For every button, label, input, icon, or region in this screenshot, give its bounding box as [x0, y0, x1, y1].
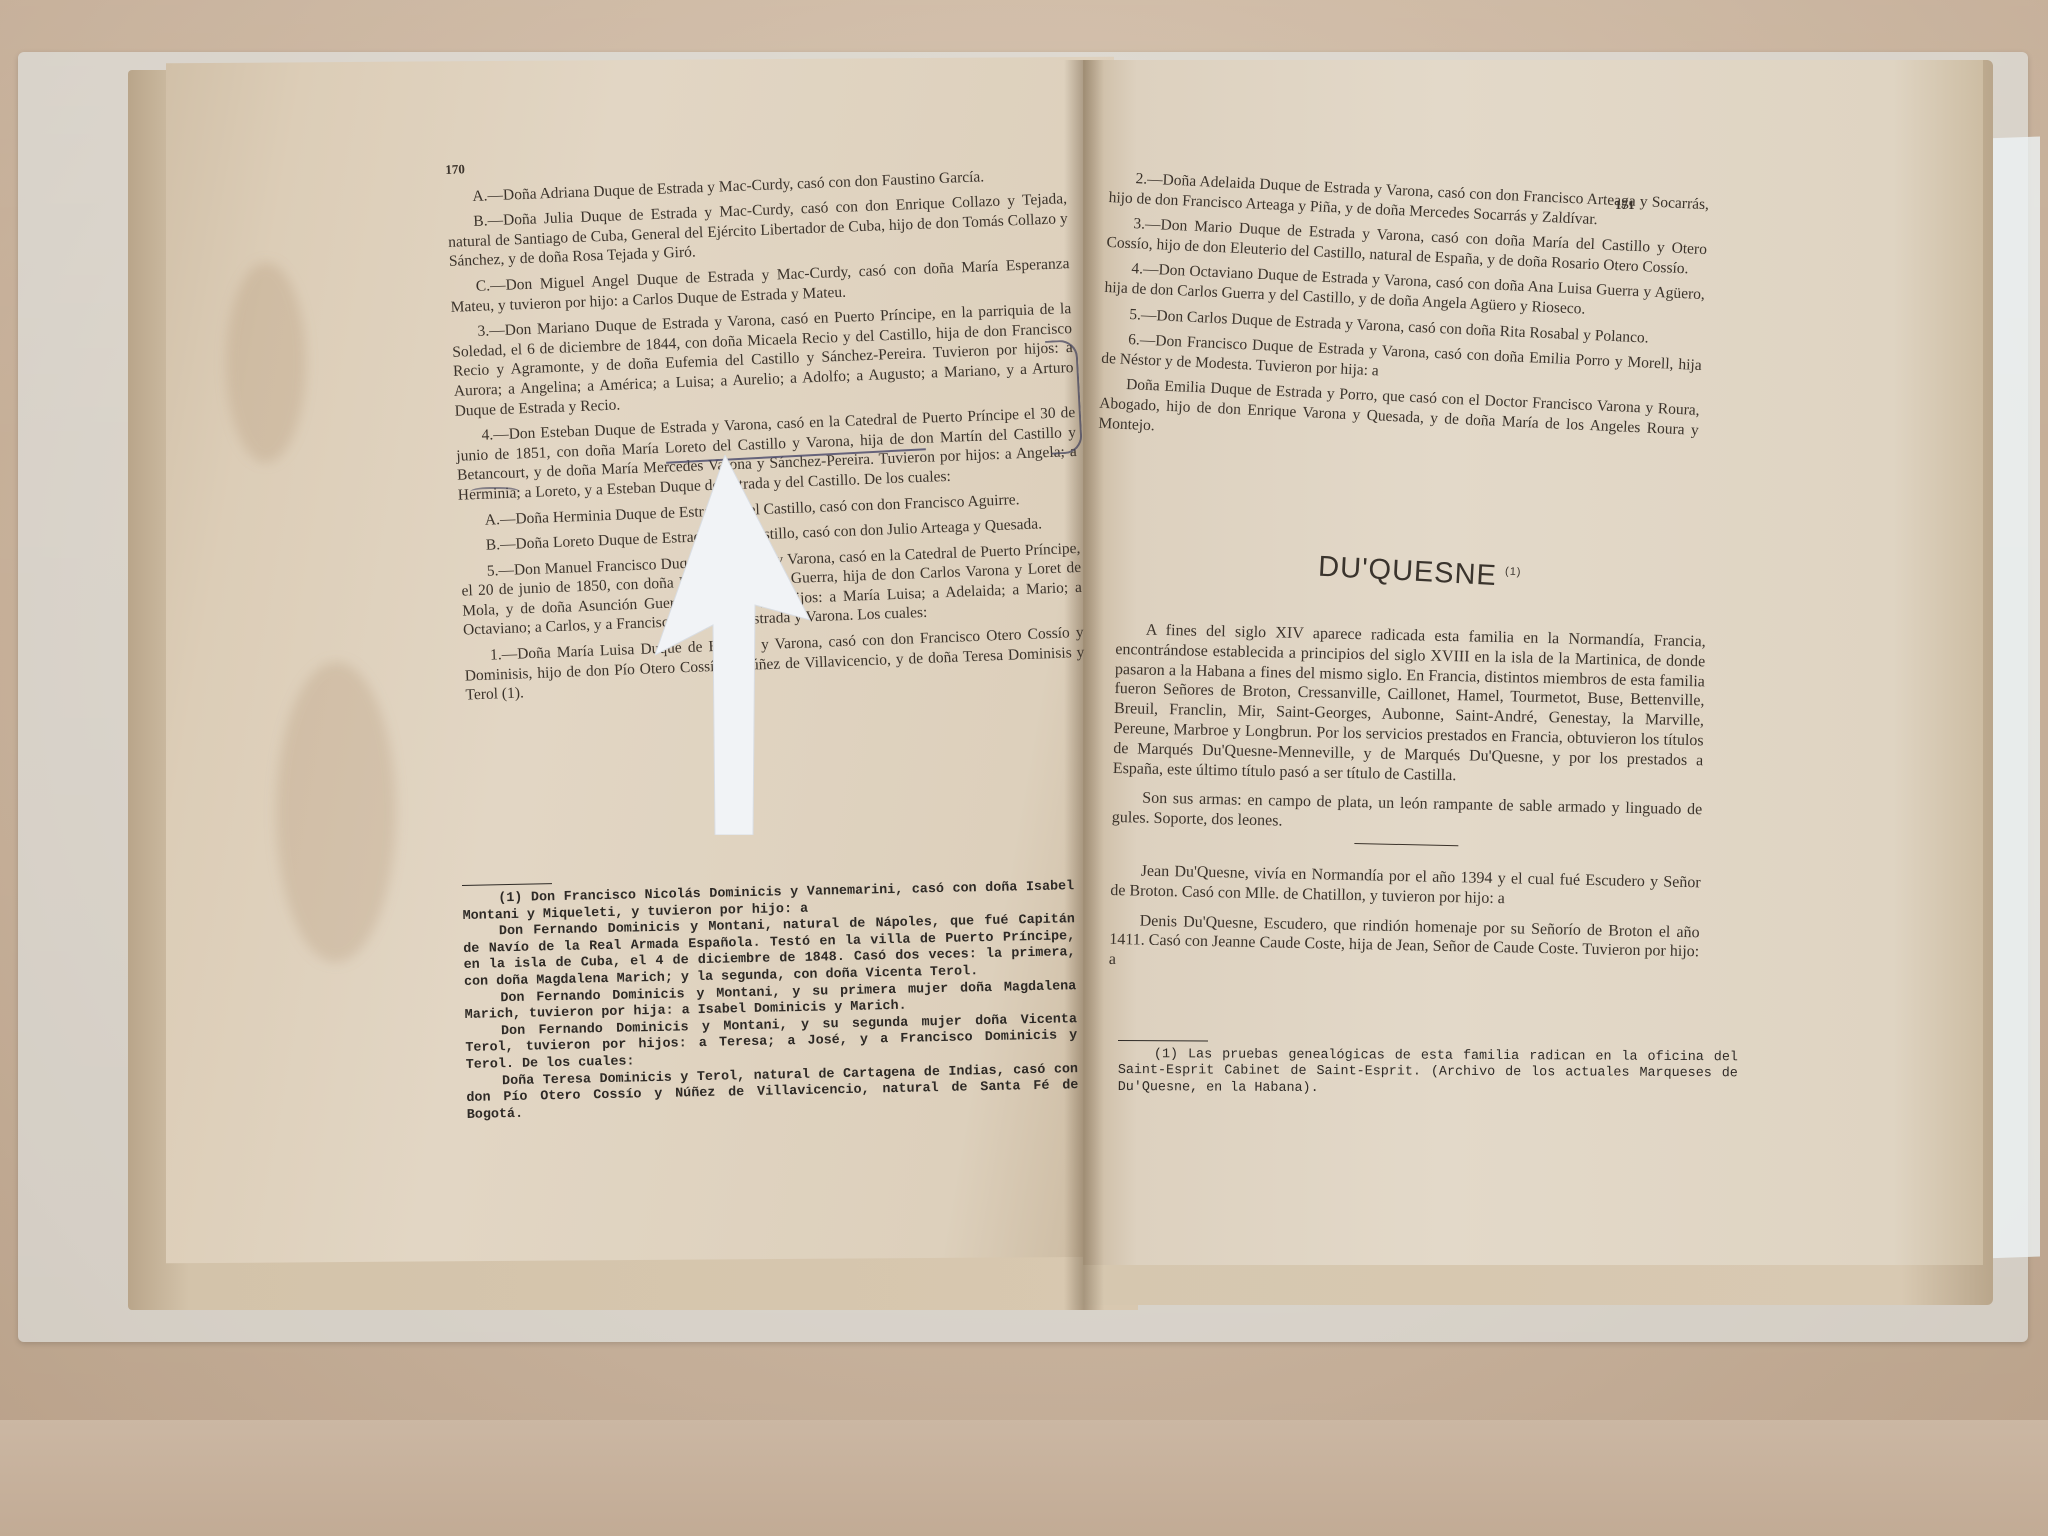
genealogy-paragraph: Denis Du'Quesne, Escudero, que rindión h…	[1109, 910, 1700, 982]
section-paragraph: Son sus armas: en campo de plata, un leó…	[1112, 788, 1703, 840]
section-paragraph: A fines del siglo XIV aparece radicada e…	[1113, 620, 1706, 791]
left-page-footnote: (1) Don Francisco Nicolás Dominicis y Va…	[462, 872, 1079, 1124]
section-heading-footnote-ref: (1)	[1505, 566, 1522, 579]
table-edge	[0, 1420, 2048, 1536]
right-page-body: 2.—Doña Adelaida Duque de Estrada y Varo…	[1098, 168, 1710, 466]
footnote-paragraph: (1) Las pruebas genealógicas de esta fam…	[1118, 1047, 1738, 1099]
age-stain	[226, 262, 306, 463]
pencil-hook-mark	[470, 487, 520, 499]
right-page-footnote: (1) Las pruebas genealógicas de esta fam…	[1118, 1040, 1738, 1099]
right-page-section-body: A fines del siglo XIV aparece radicada e…	[1108, 620, 1705, 992]
paper-arrow-icon	[655, 455, 815, 835]
footnote-rule	[1118, 1040, 1208, 1041]
pencil-bracket-mark	[1045, 339, 1083, 455]
section-divider	[1354, 843, 1458, 846]
genealogy-paragraph: Jean Du'Quesne, vivía en Normandía por e…	[1110, 861, 1701, 913]
entry-paragraph: 3.—Don Mariano Duque de Estrada y Varona…	[451, 299, 1074, 421]
age-stain	[276, 662, 396, 963]
